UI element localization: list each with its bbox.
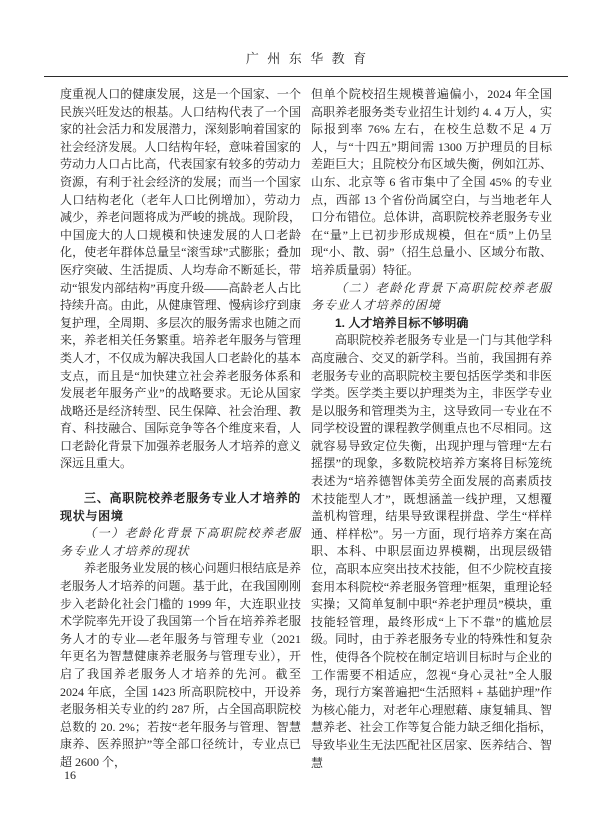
body-paragraph-continued: 度重视人口的健康发展，这是一个国家、一个民族兴旺发达的根基。人口结构代表了一个国… <box>60 86 301 473</box>
section-heading-3: 三、高职院校养老服务专业人才培养的现状与困境 <box>60 490 301 525</box>
left-column: 度重视人口的健康发展，这是一个国家、一个民族兴旺发达的根基。人口结构代表了一个国… <box>60 86 301 772</box>
body-paragraph: 高职院校养老服务专业是一门与其他学科高度融合、交叉的新学科。当前，我国拥有养老服… <box>311 332 552 772</box>
subsection-heading-2: （二）老龄化背景下高职院校养老服务专业人才培养的困境 <box>311 280 552 315</box>
journal-page: 广州东华教育 度重视人口的健康发展，这是一个国家、一个民族兴旺发达的根基。人口结… <box>0 0 612 839</box>
header-divider <box>44 76 568 77</box>
right-column: 但单个院校招生规模普遍偏小，2024 年全国高职养老服务类专业招生计划约 4. … <box>311 86 552 772</box>
page-number: 16 <box>64 768 76 783</box>
page-body: 度重视人口的健康发展，这是一个国家、一个民族兴旺发达的根基。人口结构代表了一个国… <box>60 86 552 772</box>
journal-header-title: 广州东华教育 <box>0 0 612 67</box>
subsection-heading-1: （一）老龄化背景下高职院校养老服务专业人才培养的现状 <box>60 525 301 560</box>
body-paragraph-continued: 但单个院校招生规模普遍偏小，2024 年全国高职养老服务类专业招生计划约 4. … <box>311 86 552 280</box>
body-paragraph: 养老服务业发展的核心问题归根结底是养老服务人才培养的问题。基于此，在我国刚刚步入… <box>60 560 301 771</box>
numbered-point-heading: 1. 人才培养目标不够明确 <box>311 315 552 333</box>
